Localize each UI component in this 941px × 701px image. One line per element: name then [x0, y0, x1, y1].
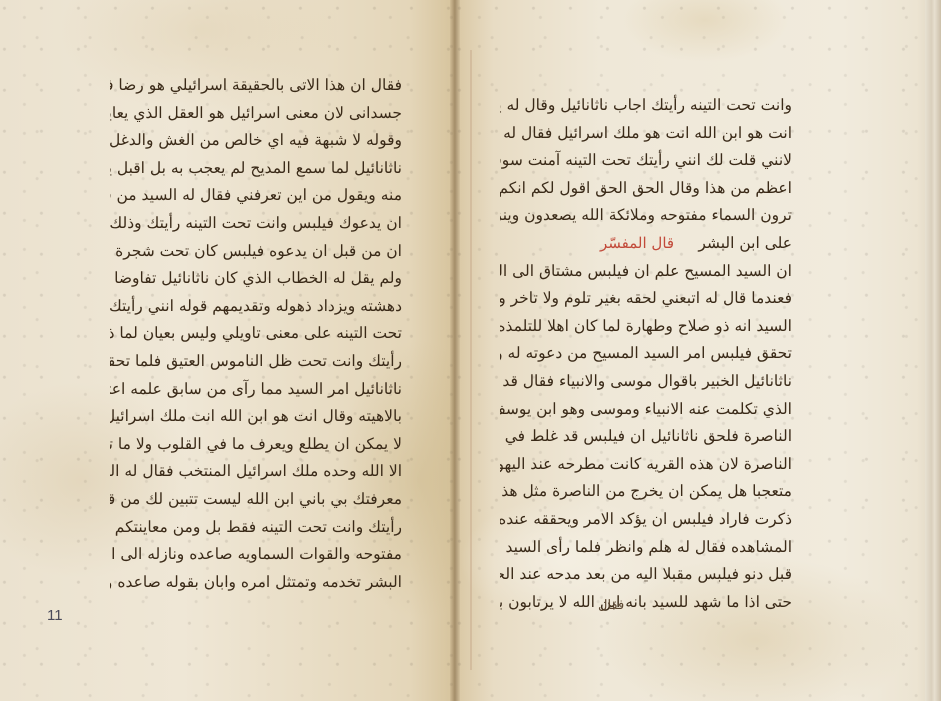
text-line: اعظم من هذا وقال الحق الحق اقول لكم انكم…	[500, 175, 792, 203]
text-line: تحت التينه على معنى تاويلي وليس بعيان لم…	[110, 320, 402, 348]
text-line: معرفتك بي باني ابن الله ليست تتبين لك من…	[110, 486, 402, 514]
text-line: السيد انه ذو صلاح وطهارة لما كان اهلا لل…	[500, 313, 792, 341]
text-line: حتى اذا ما شهد للسيد بانه ابن الله لا ير…	[500, 589, 792, 617]
text-line: ذكرت فاراد فيلبس ان يؤكد الامر ويحققه عن…	[500, 506, 792, 534]
book-gutter	[450, 0, 460, 701]
text-line: منه ويقول من اين تعرفني فقال له السيد من…	[110, 182, 402, 210]
page-edges	[925, 0, 941, 701]
text-line: الناصرة لان هذه القريه كانت مطرحه عند ال…	[500, 451, 792, 479]
text-line: تحقق فيلبس امر السيد المسيح من دعوته له …	[500, 340, 792, 368]
text-line: وقوله لا شبهة فيه اي خالص من الغش والدغل…	[110, 127, 402, 155]
text-line: على ابن البشر قال المفسّر	[500, 230, 792, 258]
text-line: البشر تخدمه وتمتثل امره وابان بقوله صاعد…	[110, 569, 402, 597]
text-line: بالاهيته وقال انت هو ابن الله انت ملك اس…	[110, 403, 402, 431]
text-line: المشاهده فقال له هلم وانظر فلما رأى السي…	[500, 534, 792, 562]
text-line: ان من قبل ان يدعوه فيلبس كان تحت شجرة تي…	[110, 238, 402, 266]
page-fold	[470, 50, 472, 670]
left-page-text: فقال ان هذا الاتى بالحقيقة اسرائيلي هو ر…	[110, 72, 402, 596]
text-line: متعجبا هل يمكن ان يخرج من الناصرة مثل هذ…	[500, 478, 792, 506]
text-line: رأيتك وانت تحت التينه فقط بل ومن معاينتك…	[110, 514, 402, 542]
text-line: فقال ان هذا الاتى بالحقيقة اسرائيلي هو ر…	[110, 72, 402, 100]
text-line: الذي تكلمت عنه الانبياء وموسى وهو ابن يو…	[500, 396, 792, 424]
text-line: ناثانائيل لما سمع المديح لم يعجب به بل ا…	[110, 155, 402, 183]
text-line: قبل دنو فيلبس مقبلا اليه من بعد مدحه عند…	[500, 561, 792, 589]
right-page-text: وانت تحت التينه رأيتك اجاب ناثانائيل وقا…	[500, 92, 792, 616]
text-line: دهشته ويزداد ذهوله وتقديمهم قوله انني رأ…	[110, 293, 402, 321]
text-line: ان يدعوك فيلبس وانت تحت التينه رأيتك وذل…	[110, 210, 402, 238]
text-line: رأيتك وانت تحت ظل الناموس العتيق فلما تح…	[110, 348, 402, 376]
text-line: وانت تحت التينه رأيتك اجاب ناثانائيل وقا…	[500, 92, 792, 120]
catchword: فقال	[598, 598, 624, 613]
text-line: ان السيد المسيح علم ان فيلبس مشتاق الى ا…	[500, 258, 792, 286]
text-line: ناثانائيل امر السيد مما رآى من سابق علمه…	[110, 376, 402, 404]
left-page: فقال ان هذا الاتى بالحقيقة اسرائيلي هو ر…	[0, 0, 455, 701]
text-line: الا الله وحده ملك اسرائيل المنتخب فقال ل…	[110, 458, 402, 486]
text-line: ولم يقل له الخطاب الذي كان ناثانائيل تفا…	[110, 265, 402, 293]
text-line: مفتوحه والقوات السماويه صاعده ونازله الى…	[110, 541, 402, 569]
manuscript-spread: فقال ان هذا الاتى بالحقيقة اسرائيلي هو ر…	[0, 0, 941, 701]
text-line-end: على ابن البشر	[698, 234, 792, 252]
text-line: فعندما قال له اتبعني لحقه بغير تلوم ولا …	[500, 285, 792, 313]
text-line: انت هو ابن الله انت هو ملك اسرائيل فقال …	[500, 120, 792, 148]
text-line: لا يمكن ان يطلع ويعرف ما في القلوب ولا م…	[110, 431, 402, 459]
text-line: جسدانى لان معنى اسرائيل هو العقل الذي يع…	[110, 100, 402, 128]
text-line: ناثانائيل الخبير باقوال موسى والانبياء ف…	[500, 368, 792, 396]
text-line: لانني قلت لك انني رأيتك تحت التينه آمنت …	[500, 147, 792, 175]
text-line: الناصرة فلحق ناثانائيل ان فيلبس قد غلط ف…	[500, 423, 792, 451]
folio-number: 11	[47, 607, 63, 624]
rubric-heading: قال المفسّر	[600, 230, 674, 258]
text-line: ترون السماء مفتوحه وملائكة الله يصعدون و…	[500, 202, 792, 230]
